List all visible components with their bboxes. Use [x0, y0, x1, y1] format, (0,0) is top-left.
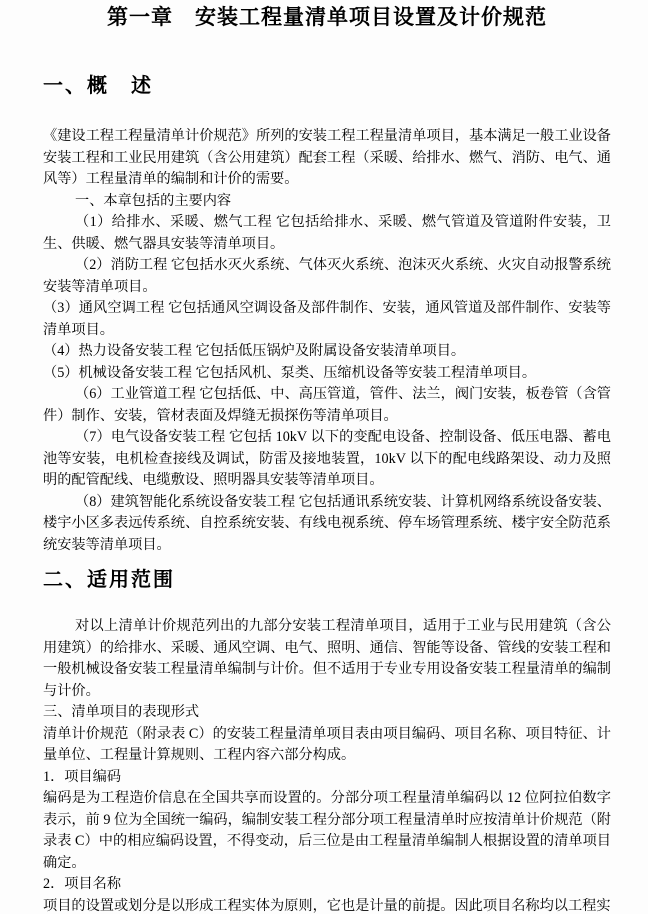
list-item-1-plumbing-heating-gas: （1）给排水、采暖、燃气工程 它包括给排水、采暖、燃气管道及管道附件安装，卫生、… [43, 212, 611, 255]
paragraph-scope-of-application: 对以上清单计价规范列出的九部分安装工程清单项目，适用于工业与民用建筑（含公用建筑… [43, 616, 611, 702]
list-item-8-building-intelligence: （8）建筑智能化系统设备安装工程 它包括通讯系统安装、计算机网络系统设备安装、楼… [43, 492, 611, 557]
section-2-body: 对以上清单计价规范列出的九部分安装工程清单项目，适用于工业与民用建筑（含公用建筑… [43, 616, 611, 914]
list-item-5-mechanical-equipment: （5）机械设备安装工程 它包括风机、泵类、压缩机设备等安装工程清单项目。 [43, 363, 611, 385]
list-item-3-hvac: （3）通风空调工程 它包括通风空调设备及部件制作、安装，通风管道及部件制作、安装… [43, 298, 611, 341]
list-item-7-electrical-equipment: （7）电气设备安装工程 它包括 10kV 以下的变配电设备、控制设备、低压电器、… [43, 427, 611, 492]
paragraph-item-name-label: 2．项目名称 [43, 874, 611, 896]
paragraph-list-item-form-body: 清单计价规范（附录表 C）的安装工程量清单项目表由项目编码、项目名称、项目特征、… [43, 724, 611, 767]
paragraph-item-code-label: 1．项目编码 [43, 767, 611, 789]
paragraph-list-item-form-label: 三、清单项目的表现形式 [43, 702, 611, 724]
document-title: 第一章 安装工程量清单项目设置及计价规范 [43, 4, 611, 31]
document-page: 第一章 安装工程量清单项目设置及计价规范 一、概 述 《建设工程工程量清单计价规… [0, 0, 648, 914]
list-item-2-fire-protection: （2）消防工程 它包括水灭火系统、气体灭火系统、泡沫灭火系统、火灾自动报警系统安… [43, 255, 611, 298]
section-2-heading: 二、适用范围 [43, 567, 611, 593]
paragraph-item-name-body: 项目的设置或划分是以形成工程实体为原则，它也是计量的前提。因此项目名称均以工程实 [43, 896, 611, 914]
list-item-4-thermal-equipment: （4）热力设备安装工程 它包括低压锅炉及附属设备安装清单项目。 [43, 341, 611, 363]
section-1-heading: 一、概 述 [43, 73, 611, 99]
paragraph-item-code-body: 编码是为工程造价信息在全国共享而设置的。分部分项工程量清单编码以 12 位阿拉伯… [43, 788, 611, 874]
section-1-body: 《建设工程工程量清单计价规范》所列的安装工程工程量清单项目，基本满足一般工业设备… [43, 126, 611, 556]
paragraph-main-contents-label: 一、本章包括的主要内容 [43, 191, 611, 213]
list-item-6-industrial-piping: （6）工业管道工程 它包括低、中、高压管道，管件、法兰，阀门安装，板卷管（含管件… [43, 384, 611, 427]
paragraph-overview-intro: 《建设工程工程量清单计价规范》所列的安装工程工程量清单项目，基本满足一般工业设备… [43, 126, 611, 191]
